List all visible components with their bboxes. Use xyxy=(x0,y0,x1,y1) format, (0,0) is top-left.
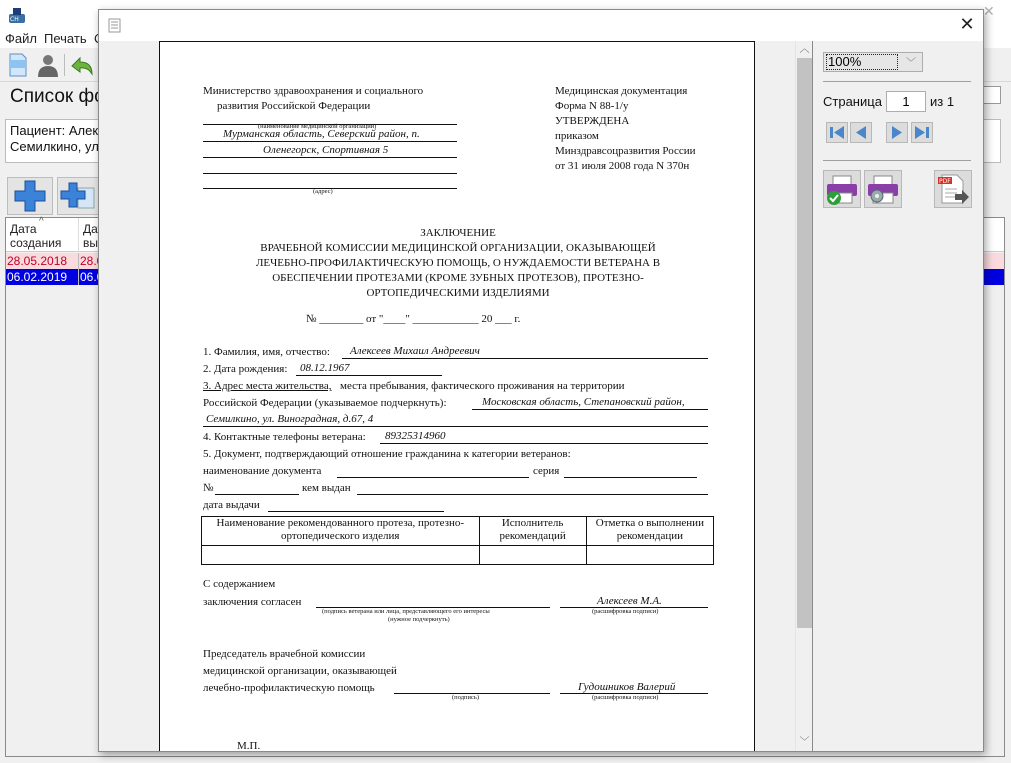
scroll-thumb[interactable] xyxy=(797,58,812,628)
document-icon xyxy=(108,18,122,33)
chairman-signature-name: Гудошников Валерий xyxy=(578,681,675,693)
sort-caret-icon: ^ xyxy=(39,215,44,229)
stamp-label: М.П. xyxy=(237,739,260,751)
last-page-icon xyxy=(912,123,932,142)
veteran-signature-name: Алексеев М.А. xyxy=(597,595,662,607)
preview-area[interactable]: Министерство здравоохранения и социально… xyxy=(99,41,812,751)
page-number-input[interactable]: 1 xyxy=(886,91,926,112)
first-page-icon xyxy=(827,123,847,142)
svg-text:CH: CH xyxy=(10,16,19,23)
printer-check-icon xyxy=(824,171,860,207)
menu-print[interactable]: Печать xyxy=(44,31,87,46)
scroll-up-icon[interactable]: ︿ xyxy=(796,41,813,58)
field-birthdate-value: 08.12.1967 xyxy=(300,362,350,374)
menu-file[interactable]: Файл xyxy=(5,31,37,46)
field-address-label: 3. Адрес места жительства, xyxy=(203,379,331,393)
export-pdf-button[interactable]: PDF xyxy=(934,170,972,208)
zoom-select[interactable]: 100% ﹀ xyxy=(823,52,923,72)
printer-gear-icon xyxy=(865,171,901,207)
main-close-icon[interactable]: ✕ xyxy=(983,4,995,20)
column-created[interactable]: ^ Дата создания xyxy=(6,218,79,252)
field-address-value: Московская область, Степановский район, xyxy=(482,396,685,408)
preview-controls: 100% ﹀ Страница 1 из 1 xyxy=(812,41,983,751)
app-logo-icon: CH xyxy=(8,6,26,24)
address-caption: (адрес) xyxy=(313,188,333,195)
new-document-icon[interactable] xyxy=(6,52,30,78)
print-preview-dialog: ✕ Министерство здравоохранения и социаль… xyxy=(98,9,984,752)
field-document-label: 5. Документ, подтверждающий отношение гр… xyxy=(203,447,571,461)
svg-text:PDF: PDF xyxy=(939,178,951,185)
document-number-line: № ________ от "____" ____________ 20 ___… xyxy=(306,312,520,326)
org-header-2: развития Российской Федерации xyxy=(217,99,370,113)
document-page: Министерство здравоохранения и социально… xyxy=(159,41,755,751)
last-page-button[interactable] xyxy=(911,122,933,143)
org-address-line2: Оленегорск, Спортивная 5 xyxy=(263,144,388,156)
field-address-value-2: Семилкино, ул. Виноградная, д.67, 4 xyxy=(206,413,373,425)
user-icon[interactable] xyxy=(36,52,60,78)
recommendations-table: Наименование рекомендованного протеза, п… xyxy=(201,516,714,565)
add-form-button[interactable] xyxy=(7,177,53,215)
page-count: из 1 xyxy=(930,94,954,109)
org-header: Министерство здравоохранения и социально… xyxy=(203,84,423,98)
chairman-label: Председатель врачебной комиссии xyxy=(203,647,365,661)
copy-add-icon xyxy=(58,178,102,214)
field-birthdate-label: 2. Дата рождения: xyxy=(203,362,287,376)
vertical-scrollbar[interactable]: ︿ ﹀ xyxy=(795,41,812,751)
previous-page-button[interactable] xyxy=(850,122,872,143)
previous-page-icon xyxy=(851,123,871,142)
field-phone-label: 4. Контактные телефоны ветерана: xyxy=(203,430,366,444)
toolbar-separator xyxy=(64,54,65,76)
print-settings-button[interactable] xyxy=(864,170,902,208)
add-icon xyxy=(8,178,52,214)
field-fio-value: Алексеев Михаил Андреевич xyxy=(350,345,480,357)
first-page-button[interactable] xyxy=(826,122,848,143)
field-phone-value: 89325314960 xyxy=(385,430,446,442)
pdf-export-icon: PDF xyxy=(935,171,971,207)
search-input[interactable] xyxy=(982,86,1001,104)
copy-form-button[interactable] xyxy=(57,177,103,215)
chevron-down-icon: ﹀ xyxy=(906,54,916,69)
scroll-down-icon[interactable]: ﹀ xyxy=(796,734,813,751)
next-page-button[interactable] xyxy=(886,122,908,143)
close-button[interactable]: ✕ xyxy=(952,12,982,38)
print-button[interactable] xyxy=(823,170,861,208)
next-page-icon xyxy=(887,123,907,142)
field-fio-label: 1. Фамилия, имя, отчество: xyxy=(203,345,330,359)
org-address-line1: Мурманская область, Северский район, п. xyxy=(223,128,420,140)
undo-arrow-icon[interactable] xyxy=(70,52,94,78)
agreement-label: С содержанием xyxy=(203,577,275,591)
page-label: Страница xyxy=(823,94,882,109)
dialog-titlebar: ✕ xyxy=(99,10,983,41)
